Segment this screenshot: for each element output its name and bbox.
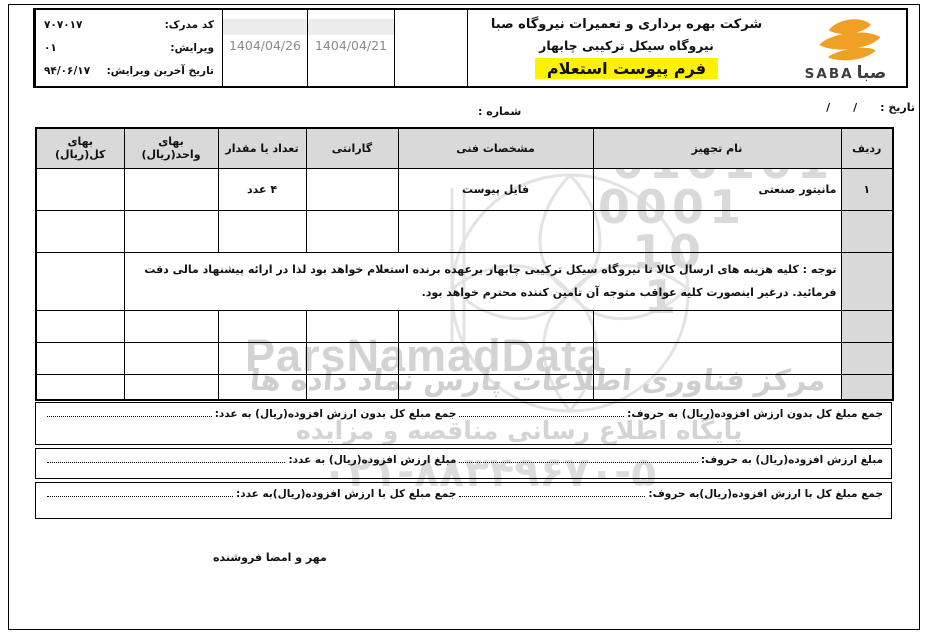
last-revision-label: تاریخ آخرین ویرایش: [107,65,214,77]
stamp-date-cell: 1404/04/26 [222,10,307,86]
cell-quantity: ۴ عدد [218,168,306,210]
revision-value: ۰۱ [44,42,57,54]
form-header: کد مدرک: ۷۰۷۰۱۷ ویرایش: ۰۱ تاریخ آخرین و… [33,8,908,88]
document-code-box: کد مدرک: ۷۰۷۰۱۷ ویرایش: ۰۱ تاریخ آخرین و… [35,10,222,86]
last-revision-row: تاریخ آخرین ویرایش: ۹۴/۰۶/۱۷ [44,65,214,77]
cell-specs: فایل پیوست [398,168,593,210]
col-header-warranty: گارانتی [306,128,398,168]
table-header-row: ردیف نام تجهیز مشخصات فنی گارانتی تعداد … [36,128,893,168]
total-without-vat-digits-label: جمع مبلغ کل بدون ارزش افزوده(ریال) به عد… [215,407,457,421]
total-with-vat-digits-label: جمع مبلغ کل با ارزش افزوده(ریال)به عدد: [236,487,456,501]
scanned-inquiry-form: 010101 0001 10 1 ParsNamadData مرکز فناو… [0,0,927,639]
dotted-line [459,487,645,497]
note-row: توجه : کلیه هزینه های ارسال کالا تا نیرو… [36,252,893,310]
total-with-vat-words-label: جمع مبلغ کل با ارزش افزوده(ریال)به حروف: [648,487,883,501]
total-without-vat-box: جمع مبلغ کل بدون ارزش افزوده(ریال) به حر… [35,402,892,445]
doc-code-row: کد مدرک: ۷۰۷۰۱۷ [44,19,214,31]
shipping-note: توجه : کلیه هزینه های ارسال کالا تا نیرو… [124,252,841,310]
table-row: ۱ مانیتور صنعتی فایل پیوست ۴ عدد [36,168,893,210]
stamp-date: 1404/04/21 [308,38,394,53]
dotted-line [47,487,233,497]
total-without-vat-words-label: جمع مبلغ کل بدون ارزش افزوده(ریال) به حر… [627,407,883,421]
doc-code-value: ۷۰۷۰۱۷ [44,19,82,31]
saba-latin: SABA [805,66,854,82]
dotted-line [47,407,212,417]
saba-wordmark: SABAصبا [805,65,887,82]
form-title: فرم پیوست استعلام [535,58,718,79]
vat-digits-label: مبلغ ارزش افزوده(ریال) به عدد: [288,453,456,467]
table-row-empty [36,374,893,400]
last-revision-value: ۹۴/۰۶/۱۷ [44,65,90,77]
stamp-strip [308,19,394,35]
dotted-line [47,453,285,463]
col-header-quantity: تعداد یا مقدار [218,128,306,168]
revision-row: ویرایش: ۰۱ [44,42,214,54]
saba-logo-icon [802,15,890,63]
number-field: شماره : [478,105,521,118]
header-spacer [394,10,467,86]
dotted-line [459,407,624,417]
stamp-strip [223,19,307,35]
cell-unit-price [124,168,218,210]
table-row-empty [36,210,893,252]
items-table: ردیف نام تجهیز مشخصات فنی گارانتی تعداد … [35,127,894,401]
total-with-vat-box: جمع مبلغ کل با ارزش افزوده(ریال)به حروف:… [35,482,892,519]
stamp-date-cell: 1404/04/21 [307,10,394,86]
col-header-specs: مشخصات فنی [398,128,593,168]
table-row-empty [36,310,893,342]
vat-words-label: مبلغ ارزش افزوده(ریال) به حروف: [701,453,883,467]
col-header-row-no: ردیف [841,128,893,168]
date-field: تاریخ : / / [826,101,915,114]
doc-code-label: کد مدرک: [165,19,214,31]
stamp-date: 1404/04/26 [223,38,307,53]
cell-warranty [306,168,398,210]
revision-label: ویرایش: [170,42,214,54]
col-header-unit-price: بهای واحد(ریال) [124,128,218,168]
dotted-line [459,453,697,463]
col-header-equipment: نام تجهیز [593,128,841,168]
saba-farsi: صبا [857,63,887,83]
cell-total-price [36,168,124,210]
company-title-block: شرکت بهره برداری و تعمیرات نیروگاه صبا ن… [467,10,785,86]
logo-box: SABAصبا [785,10,906,86]
company-name: شرکت بهره برداری و تعمیرات نیروگاه صبا [468,17,785,32]
vat-amount-box: مبلغ ارزش افزوده(ریال) به حروف: مبلغ ارز… [35,448,892,479]
seller-signature-label: مهر و امضا فروشنده [213,551,327,564]
cell-equipment: مانیتور صنعتی [593,168,841,210]
col-header-total-price: بهای کل(ریال) [36,128,124,168]
cell-row-no: ۱ [841,168,893,210]
plant-name: نیروگاه سیکل ترکیبی چابهار [468,38,785,53]
table-row-empty [36,342,893,374]
